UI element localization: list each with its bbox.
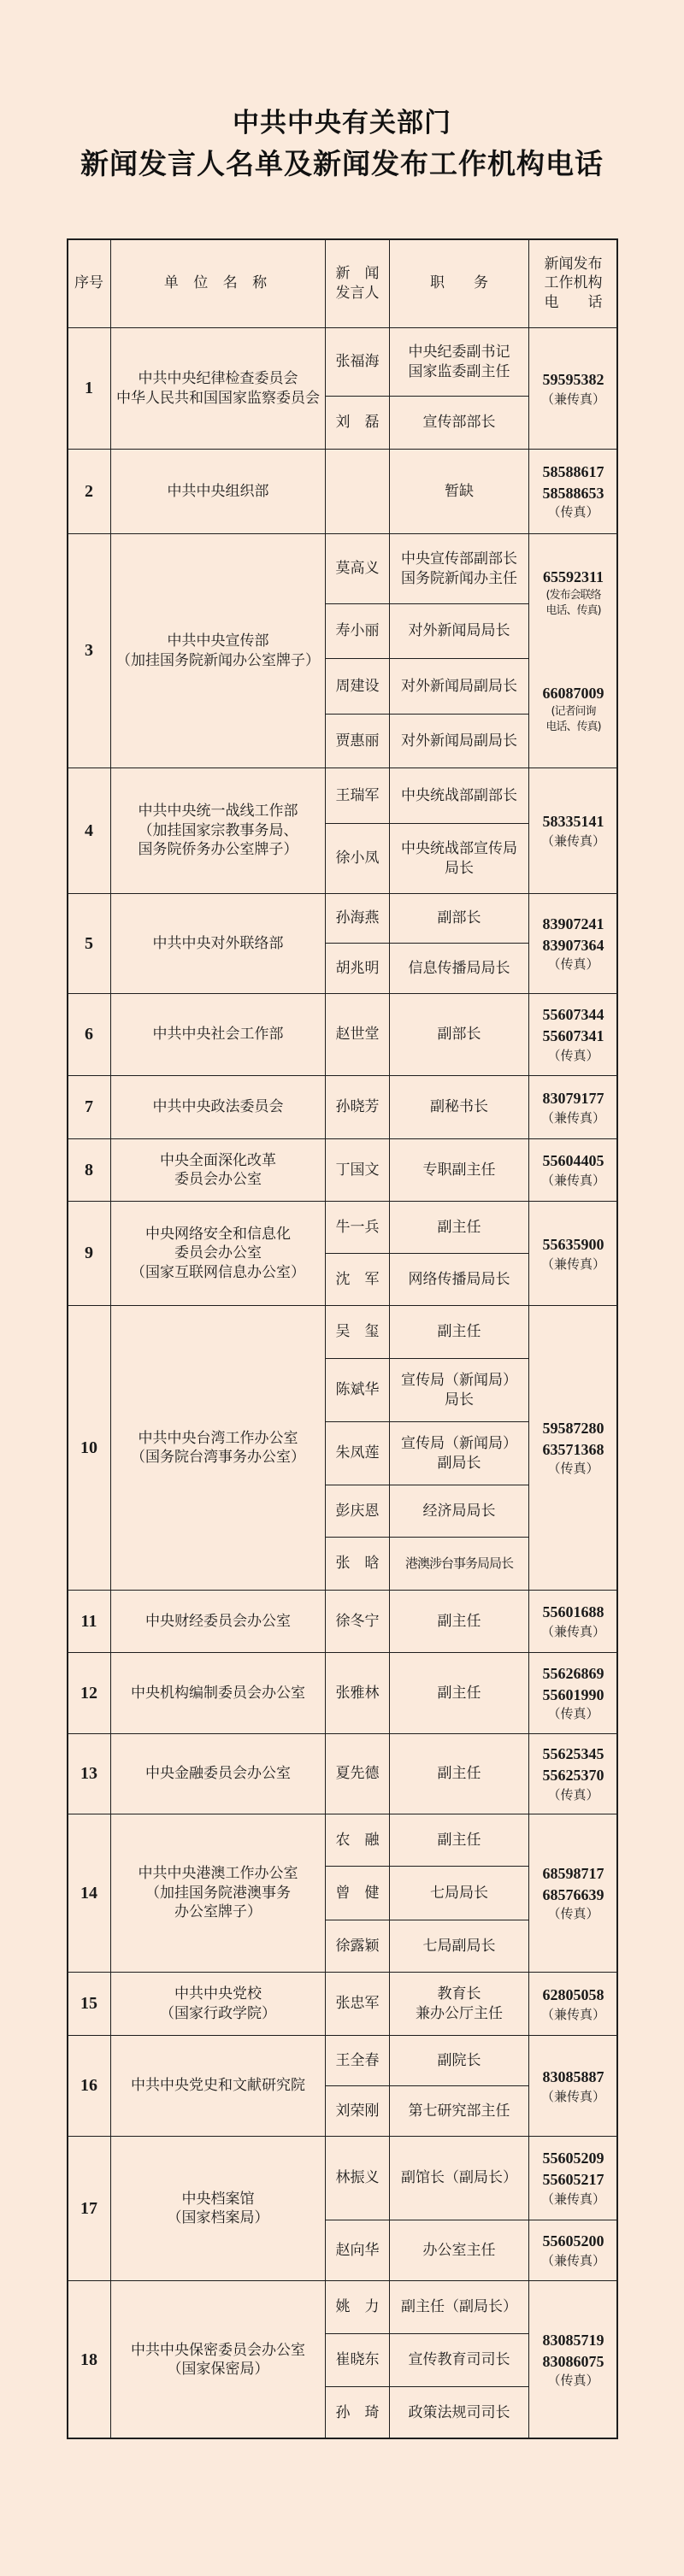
phone-number: 83907241 83907364 — [543, 914, 604, 956]
unit-name: 中央档案馆 （国家档案局） — [110, 2136, 326, 2281]
phone-cell: 55626869 55601990（传真） — [528, 1652, 618, 1734]
position-title: 专职副主任 — [389, 1138, 529, 1202]
spokesperson-name: 徐小凤 — [325, 823, 390, 894]
row-index: 7 — [67, 1075, 111, 1139]
phone-cell: 58335141（兼传真） — [528, 768, 618, 894]
spokesperson-name: 崔晓东 — [325, 2333, 390, 2387]
phone-cell: 65592311(发布会联络 电话、传真)66087009(记者问询 电话、传真… — [528, 533, 618, 768]
position-title: 副主任 — [389, 1652, 529, 1734]
position-title: 副主任 — [389, 1590, 529, 1653]
phone-note: （兼传真） — [541, 1109, 605, 1127]
phone-note: （传真） — [547, 956, 598, 973]
phone-cell: 55601688（兼传真） — [528, 1590, 618, 1653]
position-title: 经济局局长 — [389, 1485, 529, 1538]
spokesperson-name: 张忠军 — [325, 1972, 390, 2036]
unit-name: 中共中央保密委员会办公室 （国家保密局） — [110, 2280, 326, 2439]
position-title: 对外新闻局副局长 — [389, 658, 529, 715]
position-title: 中央宣传部副部长 国务院新闻办主任 — [389, 533, 529, 604]
position-title: 对外新闻局副局长 — [389, 714, 529, 768]
spokesperson-name: 王全春 — [325, 2035, 390, 2086]
phone-cell: 83085719 83086075（传真） — [528, 2280, 618, 2439]
position-title: 信息传播局局长 — [389, 943, 529, 994]
unit-name: 中共中央港澳工作办公室 （加挂国务院港澳事务 办公室牌子） — [110, 1814, 326, 1973]
phone-note: （兼传真） — [541, 1256, 605, 1273]
phone-note: （传真） — [547, 1786, 598, 1804]
row-index: 6 — [67, 993, 111, 1076]
phone-group: 65592311(发布会联络 电话、传真) — [543, 567, 604, 619]
row-index: 8 — [67, 1138, 111, 1202]
position-title: 副馆长（副局长） — [389, 2136, 529, 2220]
spokesperson-name: 孙晓芳 — [325, 1075, 390, 1139]
position-title: 网络传播局局长 — [389, 1253, 529, 1306]
phone-note: （传真） — [547, 503, 598, 521]
position-title: 七局副局长 — [389, 1920, 529, 1973]
position-title: 副主任（副局长） — [389, 2280, 529, 2334]
position-title: 港澳涉台事务局局长 — [389, 1537, 529, 1591]
position-title: 宣传局（新闻局） 副局长 — [389, 1421, 529, 1485]
unit-name: 中共中央党史和文献研究院 — [110, 2035, 326, 2137]
phone-number: 55605209 55605217 — [543, 2148, 604, 2191]
spokesperson-name: 陈斌华 — [325, 1358, 390, 1422]
position-title: 第七研究部主任 — [389, 2085, 529, 2137]
phone-note: （兼传真） — [541, 1623, 605, 1641]
phone-cell: 55605200（兼传真） — [528, 2220, 618, 2281]
spokesperson-name: 林振义 — [325, 2136, 390, 2220]
phone-cell: 83079177（兼传真） — [528, 1075, 618, 1139]
unit-name: 中央全面深化改革 委员会办公室 — [110, 1138, 326, 1202]
spokesperson-name: 赵世堂 — [325, 993, 390, 1076]
position-title: 宣传部部长 — [389, 396, 529, 450]
phone-note: （兼传真） — [541, 391, 605, 409]
position-title: 宣传局（新闻局） 局长 — [389, 1358, 529, 1422]
spokesperson-name: 沈 军 — [325, 1253, 390, 1306]
phone-number: 59587280 63571368 — [543, 1418, 604, 1461]
phone-number: 55626869 55601990 — [543, 1663, 604, 1706]
spokesperson-name: 夏先德 — [325, 1733, 390, 1814]
row-index: 17 — [67, 2136, 111, 2281]
row-index: 14 — [67, 1814, 111, 1973]
position-title: 副主任 — [389, 1814, 529, 1867]
position-title: 副主任 — [389, 1733, 529, 1814]
unit-name: 中共中央宣传部 （加挂国务院新闻办公室牌子） — [110, 533, 326, 768]
row-index: 4 — [67, 768, 111, 894]
header-index: 序号 — [67, 238, 111, 328]
row-index: 11 — [67, 1590, 111, 1653]
phone-note: （兼传真） — [541, 2252, 605, 2270]
phone-number: 83085887 — [543, 2067, 604, 2088]
phone-group: 66087009(记者问询 电话、传真) — [543, 683, 604, 735]
phone-number: 62805058 — [543, 1985, 604, 2006]
spokesperson-name: 刘 磊 — [325, 396, 390, 450]
row-index: 10 — [67, 1305, 111, 1591]
unit-name: 中央机构编制委员会办公室 — [110, 1652, 326, 1734]
position-title: 副院长 — [389, 2035, 529, 2086]
phone-cell: 55605209 55605217（兼传真） — [528, 2136, 618, 2220]
position-title: 副部长 — [389, 893, 529, 944]
header-unit: 单 位 名 称 — [110, 238, 326, 328]
spokesperson-name: 赵向华 — [325, 2220, 390, 2281]
spokesperson-name: 莫高义 — [325, 533, 390, 604]
phone-note: （兼传真） — [541, 832, 605, 850]
spokesperson-name: 胡兆明 — [325, 943, 390, 994]
phone-number: 58588617 58588653 — [543, 462, 604, 504]
phone-number: 55635900 — [543, 1234, 604, 1256]
phone-note: （传真） — [547, 2372, 598, 2390]
phone-cell: 59595382（兼传真） — [528, 327, 618, 450]
position-title: 教育长 兼办公厅主任 — [389, 1972, 529, 2036]
phone-note: （兼传真） — [541, 1172, 605, 1190]
phone-number: 55604405 — [543, 1150, 604, 1172]
spokesperson-name: 贾惠丽 — [325, 714, 390, 768]
spokesperson-name: 牛一兵 — [325, 1201, 390, 1254]
unit-name: 中共中央统一战线工作部 （加挂国家宗教事务局、 国务院侨务办公室牌子） — [110, 768, 326, 894]
spokesperson-name: 寿小丽 — [325, 603, 390, 659]
phone-note: （兼传真） — [541, 2088, 605, 2106]
phone-cell: 55625345 55625370（传真） — [528, 1733, 618, 1814]
position-title: 副秘书长 — [389, 1075, 529, 1139]
phone-cell: 55604405（兼传真） — [528, 1138, 618, 1202]
unit-name: 中共中央台湾工作办公室 （国务院台湾事务办公室） — [110, 1305, 326, 1591]
spokesperson-name: 朱凤莲 — [325, 1421, 390, 1485]
row-index: 9 — [67, 1201, 111, 1306]
spokesperson-name: 徐冬宁 — [325, 1590, 390, 1653]
phone-number: 83079177 — [543, 1088, 604, 1109]
phone-note: （传真） — [547, 1460, 598, 1478]
position-title: 暂缺 — [389, 449, 529, 534]
position-title: 副主任 — [389, 1305, 529, 1359]
phone-note: （兼传真） — [541, 2006, 605, 2024]
phone-note: （传真） — [547, 1905, 598, 1923]
header-position: 职 务 — [389, 238, 529, 328]
phone-number: 55605200 — [543, 2231, 604, 2252]
phone-number: 55601688 — [543, 1602, 604, 1623]
phone-cell: 59587280 63571368（传真） — [528, 1305, 618, 1591]
phone-note: (记者问询 电话、传真) — [543, 704, 604, 735]
phone-note: (发布会联络 电话、传真) — [543, 588, 604, 619]
spokesperson-name: 张雅林 — [325, 1652, 390, 1734]
position-title: 中央纪委副书记 国家监委副主任 — [389, 327, 529, 397]
unit-name: 中央网络安全和信息化 委员会办公室 （国家互联网信息办公室） — [110, 1201, 326, 1306]
phone-cell: 58588617 58588653（传真） — [528, 449, 618, 534]
spokesperson-name: 姚 力 — [325, 2280, 390, 2334]
phone-number: 68598717 68576639 — [543, 1863, 604, 1906]
spokesperson-name: 曾 健 — [325, 1866, 390, 1920]
unit-name: 中共中央组织部 — [110, 449, 326, 534]
unit-name: 中央财经委员会办公室 — [110, 1590, 326, 1653]
position-title: 政策法规司司长 — [389, 2386, 529, 2439]
position-title: 七局局长 — [389, 1866, 529, 1920]
phone-number: 58335141 — [543, 811, 604, 832]
spokesperson-name — [325, 449, 390, 534]
phone-cell: 83085887（兼传真） — [528, 2035, 618, 2137]
phone-number: 66087009 — [543, 683, 604, 704]
row-index: 12 — [67, 1652, 111, 1734]
spokesperson-name: 农 融 — [325, 1814, 390, 1867]
phone-number: 55607344 55607341 — [543, 1004, 604, 1047]
phone-number: 59595382 — [543, 369, 604, 391]
unit-name: 中共中央政法委员会 — [110, 1075, 326, 1139]
spokesperson-name: 张 晗 — [325, 1537, 390, 1591]
spokesperson-name: 徐露颖 — [325, 1920, 390, 1973]
phone-cell: 62805058（兼传真） — [528, 1972, 618, 2036]
row-index: 5 — [67, 893, 111, 994]
page-title-line-1: 中共中央有关部门 — [0, 101, 684, 139]
page-title-line-2: 新闻发言人名单及新闻发布工作机构电话 — [0, 142, 684, 182]
position-title: 中央统战部宣传局 局长 — [389, 823, 529, 894]
row-index: 2 — [67, 449, 111, 534]
phone-cell: 68598717 68576639（传真） — [528, 1814, 618, 1973]
spokesperson-name: 吴 玺 — [325, 1305, 390, 1359]
phone-number: 55625345 55625370 — [543, 1744, 604, 1786]
position-title: 对外新闻局局长 — [389, 603, 529, 659]
row-index: 15 — [67, 1972, 111, 2036]
phone-cell: 83907241 83907364（传真） — [528, 893, 618, 994]
phone-number: 83085719 83086075 — [543, 2330, 604, 2373]
row-index: 13 — [67, 1733, 111, 1814]
spokesperson-name: 彭庆恩 — [325, 1485, 390, 1538]
position-title: 副部长 — [389, 993, 529, 1076]
header-spokesperson: 新 闻 发言人 — [325, 238, 390, 328]
position-title: 中央统战部副部长 — [389, 768, 529, 824]
unit-name: 中共中央对外联络部 — [110, 893, 326, 994]
phone-cell: 55635900（兼传真） — [528, 1201, 618, 1306]
phone-note: （传真） — [547, 1047, 598, 1065]
phone-note: （兼传真） — [541, 2191, 605, 2208]
spokesperson-name: 孙海燕 — [325, 893, 390, 944]
phone-cell: 55607344 55607341（传真） — [528, 993, 618, 1076]
spokesperson-name: 孙 琦 — [325, 2386, 390, 2439]
spokesperson-name: 丁国文 — [325, 1138, 390, 1202]
spokesperson-name: 张福海 — [325, 327, 390, 397]
unit-name: 中共中央党校 （国家行政学院） — [110, 1972, 326, 2036]
header-phone: 新闻发布 工作机构 电 话 — [528, 238, 618, 328]
unit-name: 中央金融委员会办公室 — [110, 1733, 326, 1814]
row-index: 1 — [67, 327, 111, 450]
phone-note: （传真） — [547, 1705, 598, 1723]
position-title: 办公室主任 — [389, 2220, 529, 2281]
unit-name: 中共中央纪律检查委员会 中华人民共和国国家监察委员会 — [110, 327, 326, 450]
row-index: 18 — [67, 2280, 111, 2439]
row-index: 16 — [67, 2035, 111, 2137]
row-index: 3 — [67, 533, 111, 768]
spokesperson-name: 王瑞军 — [325, 768, 390, 824]
phone-number: 65592311 — [543, 567, 604, 588]
unit-name: 中共中央社会工作部 — [110, 993, 326, 1076]
position-title: 宣传教育司司长 — [389, 2333, 529, 2387]
spokesperson-name: 刘荣刚 — [325, 2085, 390, 2137]
spokesperson-name: 周建设 — [325, 658, 390, 715]
position-title: 副主任 — [389, 1201, 529, 1254]
